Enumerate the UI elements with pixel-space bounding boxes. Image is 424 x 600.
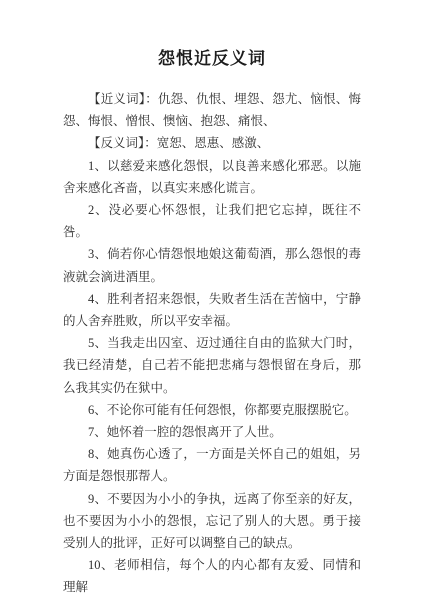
page-title: 怨恨近反义词 — [63, 49, 361, 69]
sentence-paragraph: 2、没必要心怀怨恨，让我们把它忘掉，既往不咎。 — [63, 199, 361, 243]
sentence-number: 2、 — [88, 203, 108, 217]
sentence-text: 她真伤心透了，一方面是关怀自己的姐姐，另方面是怨恨那帮人。 — [63, 447, 361, 483]
sentence-number: 3、 — [88, 247, 107, 261]
document-content: 怨恨近反义词 【近义词】：仇怨、仇恨、埋怨、怨尤、恼恨、悔怨、悔恨、憎恨、懊恼、… — [0, 0, 424, 599]
sentence-text: 当我走出囚室、迈过通往自由的监狱大门时，我已经清楚，自己若不能把悲痛与怨恨留在身… — [63, 336, 361, 394]
sentence-text: 她怀着一腔的怨恨离开了人世。 — [107, 425, 282, 439]
antonyms-line: 【反义词】：宽恕、恩惠、感激、 — [63, 132, 361, 154]
sentence-paragraph: 9、不要因为小小的争执，远离了你至亲的好友，也不要因为小小的怨恨，忘记了别人的大… — [63, 488, 361, 555]
sentence-number: 5、 — [88, 336, 107, 350]
sentence-paragraph: 6、不论你可能有任何怨恨，你都要克服摆脱它。 — [63, 399, 361, 421]
sentence-number: 8、 — [88, 447, 107, 461]
sentence-number: 6、 — [88, 403, 107, 417]
synonyms-label: 【近义词】： — [88, 92, 158, 106]
sentence-text: 倘若你心情怨恨地娘这葡萄酒，那么怨恨的毒液就会滴进酒里。 — [63, 247, 361, 283]
sentence-number: 7、 — [88, 425, 107, 439]
sentence-paragraph: 1、以慈爱来感化怨恨，以良善来感化邪恶。以施舍来感化吝啬，以真实来感化谎言。 — [63, 155, 361, 199]
sentence-paragraph: 5、当我走出囚室、迈过通往自由的监狱大门时，我已经清楚，自己若不能把悲痛与怨恨留… — [63, 332, 361, 399]
sentence-text: 不要因为小小的争执，远离了你至亲的好友，也不要因为小小的怨恨，忘记了别人的大恩。… — [63, 492, 361, 550]
sentence-number: 4、 — [88, 292, 107, 306]
sentence-number: 9、 — [88, 492, 107, 506]
sentence-paragraph: 3、倘若你心情怨恨地娘这葡萄酒，那么怨恨的毒液就会滴进酒里。 — [63, 243, 361, 287]
sentence-paragraph: 8、她真伤心透了，一方面是关怀自己的姐姐，另方面是怨恨那帮人。 — [63, 443, 361, 487]
sentence-paragraph: 4、胜利者招来怨恨，失败者生活在苦恼中，宁静的人舍弃胜败，所以平安幸福。 — [63, 288, 361, 332]
sentence-paragraph: 7、她怀着一腔的怨恨离开了人世。 — [63, 421, 361, 443]
sentence-number: 1、 — [88, 159, 107, 173]
document-page: 怨恨近反义词 【近义词】：仇怨、仇恨、埋怨、怨尤、恼恨、悔怨、悔恨、憎恨、懊恼、… — [0, 0, 424, 600]
synonyms-line: 【近义词】：仇怨、仇恨、埋怨、怨尤、恼恨、悔怨、悔恨、憎恨、懊恼、抱怨、痛恨、 — [63, 88, 361, 132]
antonyms-words: 宽恕、恩惠、感激、 — [157, 136, 270, 150]
sentence-text: 以慈爱来感化怨恨，以良善来感化邪恶。以施舍来感化吝啬，以真实来感化谎言。 — [63, 159, 361, 195]
sentence-text: 胜利者招来怨恨，失败者生活在苦恼中，宁静的人舍弃胜败，所以平安幸福。 — [63, 292, 361, 328]
sentence-paragraph: 10、老师相信，每个人的内心都有友爱、同情和理解 — [63, 554, 361, 598]
sentence-text: 不论你可能有任何怨恨，你都要克服摆脱它。 — [107, 403, 357, 417]
sentence-number: 10、 — [88, 558, 114, 572]
antonyms-label: 【反义词】： — [88, 136, 157, 150]
sentence-text: 没必要心怀怨恨，让我们把它忘掉，既往不咎。 — [63, 203, 361, 239]
